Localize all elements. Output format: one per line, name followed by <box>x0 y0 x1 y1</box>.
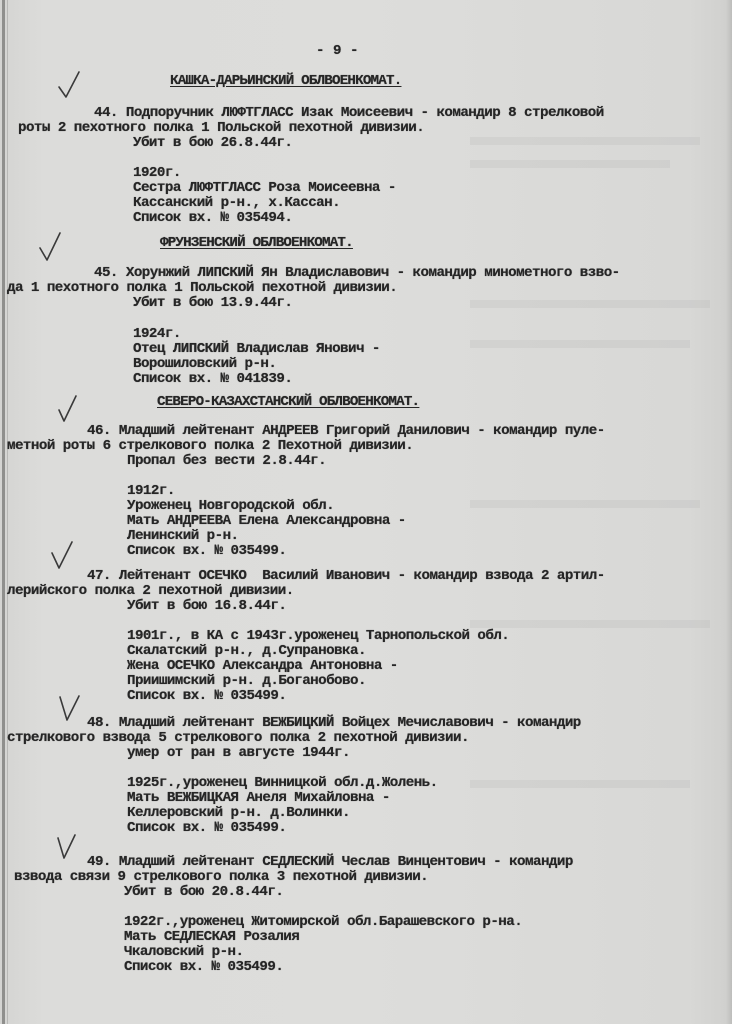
bleed-through <box>470 137 700 145</box>
section-heading: СЕВЕРО-КАЗАХСТАНСКИЙ ОБЛВОЕНКОМАТ. <box>157 395 419 410</box>
entry-line: 46. Младший лейтенант АНДРЕЕВ Григорий Д… <box>87 424 605 439</box>
entry-detail: Приишимский р-н. д.Боганобово. <box>127 674 366 689</box>
entry-detail: 1912г. <box>127 484 175 499</box>
entry-detail: 1922г.,уроженец Житомирской обл.Барашевс… <box>124 915 522 930</box>
entry-line: метной роты 6 стрелкового полка 2 Пехотн… <box>7 439 413 454</box>
entry-fate: умер от ран в августе 1944г. <box>127 746 350 761</box>
entry-line: 47. Лейтенант ОСЕЧКО Василий Иванович - … <box>87 569 605 584</box>
entry-detail: Список вх. № 035499. <box>127 544 286 559</box>
bleed-through <box>470 620 710 628</box>
entry-detail: Сестра ЛЮФТГЛАСС Роза Моисеевна - <box>133 181 396 196</box>
entry-detail: 1920г. <box>133 166 181 181</box>
entry-line: да 1 пехотного полка 1 Польской пехотной… <box>7 281 397 296</box>
checkmark-icon <box>56 394 82 424</box>
entry-detail: 1924г. <box>133 327 181 342</box>
entry-line: 45. Хорунжий ЛИПСКИЙ Ян Владиславович - … <box>94 266 620 281</box>
checkmark-icon <box>58 694 84 724</box>
bleed-through <box>470 500 700 508</box>
section-heading: ФРУНЗЕНСКИЙ ОБЛВОЕНКОМАТ. <box>160 236 353 251</box>
entry-fate: Убит в бою 26.8.44г. <box>133 136 292 151</box>
bleed-through <box>470 340 690 348</box>
entry-detail: Список вх. № 035499. <box>127 689 286 704</box>
entry-detail: 1925г.,уроженец Винницкой обл.д.Жолень. <box>127 776 438 791</box>
checkmark-icon <box>38 232 64 262</box>
bleed-through <box>470 780 690 788</box>
entry-detail: Келлеровский р-н. д.Волинки. <box>127 806 350 821</box>
entry-fate: Убит в бою 16.8.44г. <box>127 599 286 614</box>
checkmark-icon <box>50 541 76 571</box>
entry-detail: Уроженец Новгородской обл. <box>127 499 334 514</box>
entry-detail: Список вх. № 035499. <box>127 821 286 836</box>
entry-line: 49. Младший лейтенант СЕДЛЕСКИЙ Чеслав В… <box>87 855 573 870</box>
checkmark-icon <box>56 70 82 100</box>
entry-line: лерийского полка 2 пехотной дивизии. <box>7 584 294 599</box>
entry-fate: Убит в бою 20.8.44г. <box>124 885 283 900</box>
entry-line: 48. Младший лейтенант ВЕЖБИЦКИЙ Войцех М… <box>87 716 581 731</box>
entry-detail: Жена ОСЕЧКО Александра Антоновна - <box>127 659 398 674</box>
entry-detail: Мать АНДРЕЕВА Елена Александровна - <box>127 514 406 529</box>
entry-detail: Чкаловский р-н. <box>124 945 243 960</box>
entry-detail: Список вх. № 035499. <box>124 960 283 975</box>
section-heading: КАШКА-ДАРЬИНСКИЙ ОБЛВОЕНКОМАТ. <box>170 74 401 89</box>
entry-line: роты 2 пехотного полка 1 Польской пехотн… <box>18 121 424 136</box>
bleed-through <box>470 300 710 308</box>
entry-detail: Список вх. № 041839. <box>133 372 292 387</box>
entry-detail: 1901г., в КА с 1943г.уроженец Тарнопольс… <box>127 629 509 644</box>
document-page: - 9 - КАШКА-ДАРЬИНСКИЙ ОБЛВОЕНКОМАТ. 44.… <box>0 0 732 1024</box>
page-left-edge <box>2 0 5 1024</box>
entry-detail: Мать ВЕЖБИЦКАЯ Анеля Михайловна - <box>127 791 390 806</box>
checkmark-icon <box>56 834 82 864</box>
entry-detail: Мать СЕДЛЕСКАЯ Розалия <box>124 930 299 945</box>
page-left-edge-line <box>7 0 8 1024</box>
entry-line: стрелкового взвода 5 стрелкового полка 2… <box>7 731 469 746</box>
entry-line: 44. Подпоручник ЛЮФТГЛАСС Изак Моисеевич… <box>94 106 604 121</box>
entry-detail: Список вх. № 035494. <box>133 211 292 226</box>
entry-detail: Скалатский р-н., д.Супрановка. <box>127 644 366 659</box>
entry-fate: Убит в бою 13.9.44г. <box>133 296 292 311</box>
bleed-through <box>470 160 670 168</box>
entry-detail: Кассанский р-н., х.Кассан. <box>133 196 340 211</box>
entry-detail: Отец ЛИПСКИЙ Владислав Янович - <box>133 342 380 357</box>
entry-detail: Ленинский р-н. <box>127 529 239 544</box>
page-number: - 9 - <box>316 44 359 59</box>
entry-fate: Пропал без вести 2.8.44г. <box>127 454 326 469</box>
entry-detail: Ворошиловский р-н. <box>133 357 276 372</box>
entry-line: взвода связи 9 стрелкового полка 3 пехот… <box>14 870 428 885</box>
page-right-edge <box>726 0 732 1024</box>
